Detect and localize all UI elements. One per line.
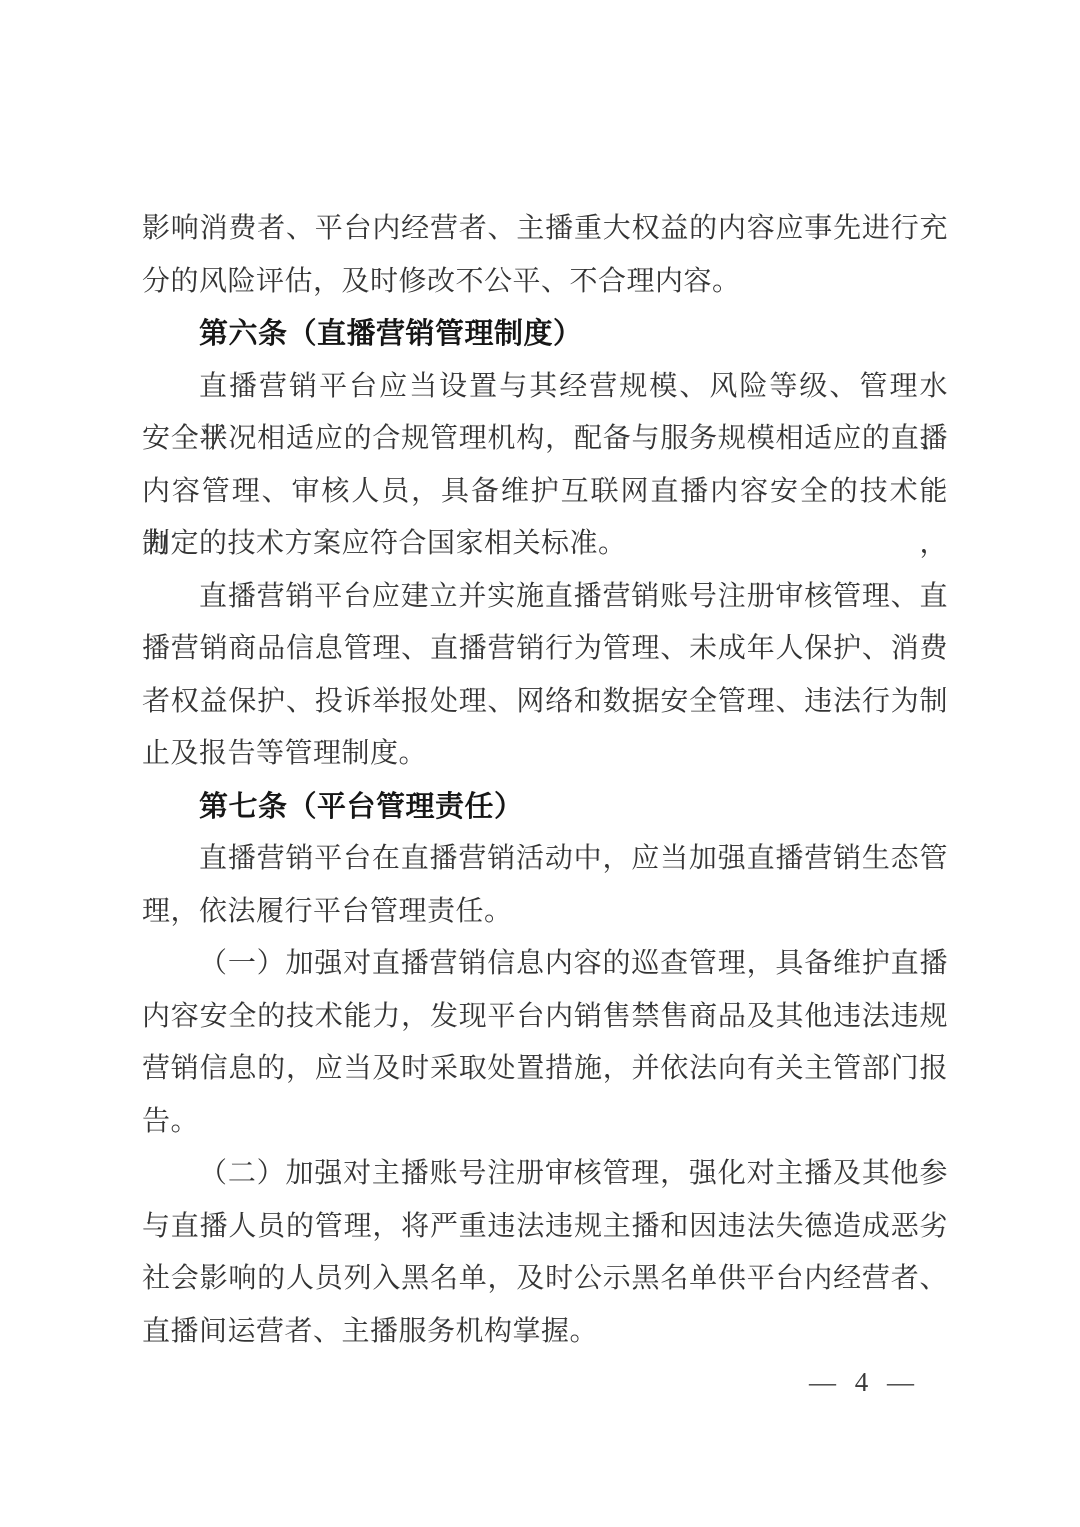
text-line: 与直播人员的管理，将严重违法违规主播和因违法失德造成恶劣 bbox=[142, 1201, 948, 1254]
text-line: 直播间运营者、主播服务机构掌握。 bbox=[142, 1306, 948, 1359]
text-line: 影响消费者、平台内经营者、主播重大权益的内容应事先进行充 bbox=[142, 203, 948, 256]
document-content: 影响消费者、平台内经营者、主播重大权益的内容应事先进行充分的风险评估，及时修改不… bbox=[142, 203, 948, 1358]
text-line: 社会影响的人员列入黑名单，及时公示黑名单供平台内经营者、 bbox=[142, 1253, 948, 1306]
text-line: 直播营销平台应建立并实施直播营销账号注册审核管理、直 bbox=[142, 571, 948, 624]
text-line: （二）加强对主播账号注册审核管理，强化对主播及其他参 bbox=[142, 1148, 948, 1201]
text-line: 直播营销平台应当设置与其经营规模、风险等级、管理水平、 bbox=[142, 361, 948, 414]
text-line: 安全状况相适应的合规管理机构，配备与服务规模相适应的直播 bbox=[142, 413, 948, 466]
text-line: 内容安全的技术能力，发现平台内销售禁售商品及其他违法违规 bbox=[142, 991, 948, 1044]
text-line: 止及报告等管理制度。 bbox=[142, 728, 948, 781]
text-line: 直播营销平台在直播营销活动中，应当加强直播营销生态管 bbox=[142, 833, 948, 886]
text-line: 营销信息的，应当及时采取处置措施，并依法向有关主管部门报 bbox=[142, 1043, 948, 1096]
article-heading: 第六条（直播营销管理制度） bbox=[142, 308, 948, 361]
text-line: （一）加强对直播营销信息内容的巡查管理，具备维护直播 bbox=[142, 938, 948, 991]
text-line: 理，依法履行平台管理责任。 bbox=[142, 886, 948, 939]
text-line: 内容管理、审核人员，具备维护互联网直播内容安全的技术能力， bbox=[142, 466, 948, 519]
text-line: 告。 bbox=[142, 1096, 948, 1149]
page-number: — 4 — bbox=[809, 1360, 920, 1404]
article-heading: 第七条（平台管理责任） bbox=[142, 781, 948, 834]
text-line: 者权益保护、投诉举报处理、网络和数据安全管理、违法行为制 bbox=[142, 676, 948, 729]
document-page: 影响消费者、平台内经营者、主播重大权益的内容应事先进行充分的风险评估，及时修改不… bbox=[0, 0, 1080, 1527]
text-line: 分的风险评估，及时修改不公平、不合理内容。 bbox=[142, 256, 948, 309]
text-line: 播营销商品信息管理、直播营销行为管理、未成年人保护、消费 bbox=[142, 623, 948, 676]
